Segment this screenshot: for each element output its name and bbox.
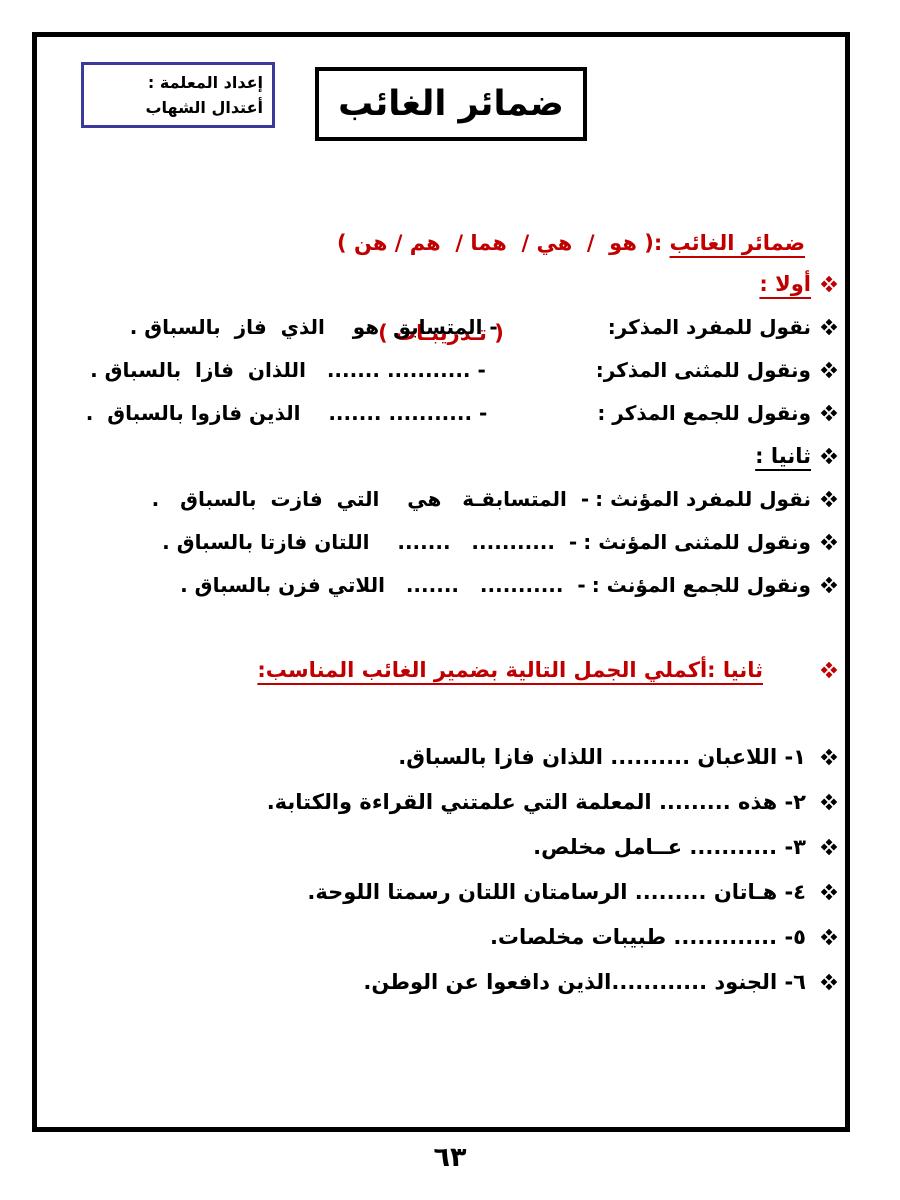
exercise-item-row: ١- اللاعبان .......... اللذان فازا بالسب… <box>47 734 838 779</box>
rule-content: - المتسابق هو الذي فاز بالسباق . <box>130 315 498 339</box>
exercise-item-row: ٥- ............. طبيبات مخلصات. <box>47 914 838 959</box>
exercise-item-text: ٥- ............. طبيبات مخلصات. <box>490 925 806 949</box>
diamond-bullet-icon <box>820 973 838 991</box>
rule-content: - المتسابقـة هي التي فازت بالسباق . <box>152 487 590 511</box>
diamond-bullet-icon <box>820 404 838 422</box>
exercise-item-text: ٤- هـاتان ......... الرسامتان اللتان رسم… <box>307 880 806 904</box>
diamond-bullet-icon <box>820 533 838 551</box>
teacher-credit-line1: إعداد المعلمة : <box>84 70 263 95</box>
section-one-heading-row: أولا : <box>47 262 838 305</box>
pronouns-list: :( هو / هي / هما / هم / هن ) <box>337 231 669 255</box>
diamond-bullet-icon <box>820 661 838 679</box>
diamond-bullet-icon <box>820 928 838 946</box>
exercise-item-text: ١- اللاعبان .......... اللذان فازا بالسب… <box>398 745 806 769</box>
section-two-heading-row: ثانيا : <box>47 434 838 477</box>
diamond-bullet-icon <box>820 447 838 465</box>
teacher-credit-box: إعداد المعلمة : أعتدال الشهاب <box>81 62 275 128</box>
exercise-list: ١- اللاعبان .......... اللذان فازا بالسب… <box>47 734 838 1004</box>
diamond-bullet-icon <box>820 490 838 508</box>
exercise-item-text: ٦- الجنود ............الذين دافعوا عن ال… <box>363 970 806 994</box>
teacher-credit-line2: أعتدال الشهاب <box>84 95 263 120</box>
rule-label: نقول للمفرد المذكر: <box>608 315 811 339</box>
pronouns-definition-line: ضمائر الغائب :( هو / هي / هما / هم / هن … <box>37 226 845 261</box>
diamond-bullet-icon <box>820 838 838 856</box>
rule-row-masculine: نقول للمفرد المذكر: - المتسابق هو الذي ف… <box>47 305 838 348</box>
page-title: ضمائر الغائب <box>338 84 564 124</box>
page-number: ٦٣ <box>0 1142 900 1173</box>
rule-label: ونقول للمثنى المذكر: <box>596 358 811 382</box>
diamond-bullet-icon <box>820 883 838 901</box>
exercise-item-row: ٤- هـاتان ......... الرسامتان اللتان رسم… <box>47 869 838 914</box>
exercise-item-row: ٣- ........... عــامل مخلص. <box>47 824 838 869</box>
worksheet-page: { "colors": { "accent_red": "#C00000", "… <box>0 0 900 1200</box>
section-one-heading: أولا : <box>759 272 811 296</box>
rule-label: نقول للمفرد المؤنث : <box>595 487 811 511</box>
page-border-frame: إعداد المعلمة : أعتدال الشهاب ضمائر الغا… <box>32 32 850 1132</box>
rules-section: أولا : نقول للمفرد المذكر: - المتسابق هو… <box>47 262 838 606</box>
rule-content: - ........... ....... الذين فازوا بالسبا… <box>86 401 488 425</box>
rule-row-feminine: ونقول للجمع المؤنث : - ........... .....… <box>47 563 838 606</box>
diamond-bullet-icon <box>820 576 838 594</box>
exercise-item-row: ٦- الجنود ............الذين دافعوا عن ال… <box>47 959 838 1004</box>
diamond-bullet-icon <box>820 361 838 379</box>
rule-content: - ........... ....... اللاتي فزن بالسباق… <box>180 573 586 597</box>
exercise-heading: ثانيا :أكملي الجمل التالية بضمير الغائب … <box>257 658 763 682</box>
section-two-heading: ثانيا : <box>755 444 811 468</box>
rule-label: ونقول للجمع المؤنث : <box>592 573 811 597</box>
exercise-item-row: ٢- هذه ......... المعلمة التي علمتني الق… <box>47 779 838 824</box>
rule-label: ونقول للجمع المذكر : <box>597 401 811 425</box>
rule-content: - ........... ....... اللذان فازا بالسبا… <box>90 358 486 382</box>
diamond-bullet-icon <box>820 275 838 293</box>
rule-row-feminine: ونقول للمثنى المؤنث : - ........... ....… <box>47 520 838 563</box>
rule-row-masculine: ونقول للجمع المذكر : - ........... .....… <box>47 391 838 434</box>
rule-label: ونقول للمثنى المؤنث : <box>583 530 811 554</box>
exercise-heading-row: ثانيا :أكملي الجمل التالية بضمير الغائب … <box>47 649 838 691</box>
rule-content: - ........... ....... اللتان فازتا بالسب… <box>162 530 577 554</box>
exercise-item-text: ٢- هذه ......... المعلمة التي علمتني الق… <box>267 790 806 814</box>
diamond-bullet-icon <box>820 318 838 336</box>
rule-row-masculine: ونقول للمثنى المذكر: - ........... .....… <box>47 348 838 391</box>
pronouns-label: ضمائر الغائب <box>670 231 805 255</box>
diamond-bullet-icon <box>820 748 838 766</box>
exercise-item-text: ٣- ........... عــامل مخلص. <box>533 835 806 859</box>
page-title-box: ضمائر الغائب <box>315 67 587 141</box>
diamond-bullet-icon <box>820 793 838 811</box>
rule-row-feminine: نقول للمفرد المؤنث : - المتسابقـة هي الت… <box>47 477 838 520</box>
